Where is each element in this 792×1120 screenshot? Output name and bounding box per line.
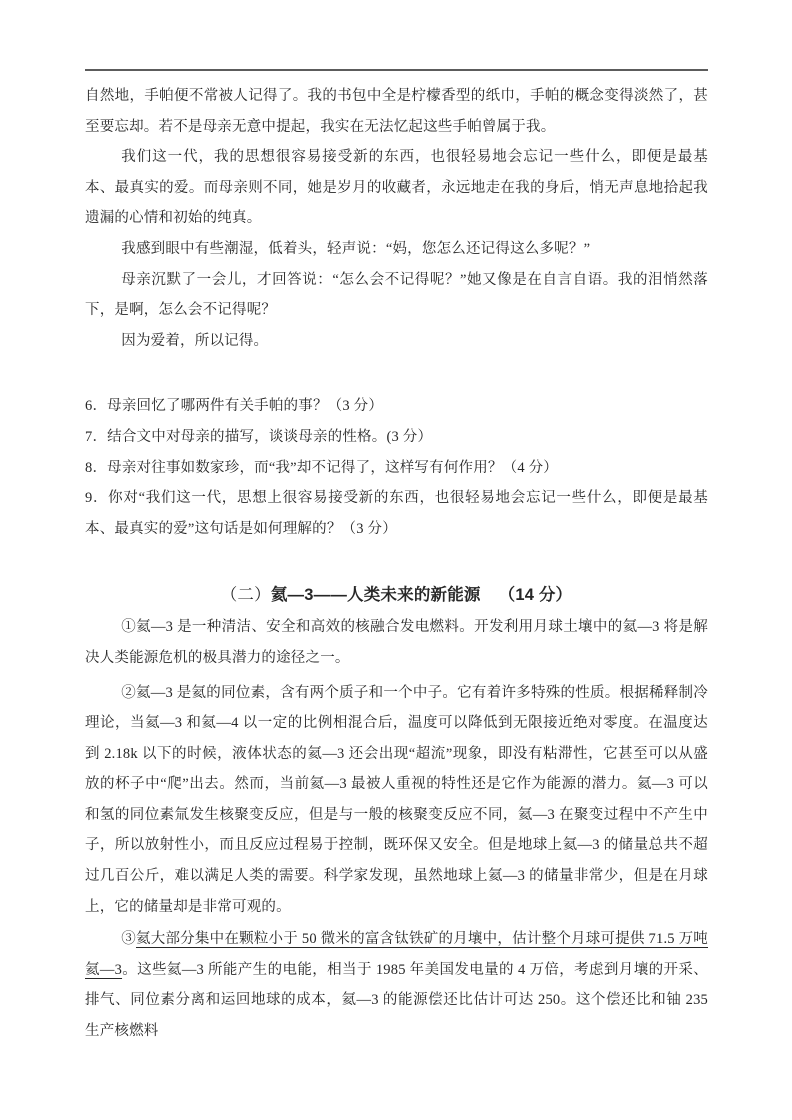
paragraph-3-rest: 。这些氦—3 所能产生的电能，相当于 1985 年美国发电量的 4 万倍，考虑到… — [85, 962, 708, 1039]
exam-page: 自然地，手帕便不常被人记得了。我的书包中全是柠檬香型的纸巾，手帕的概念变得淡然了… — [0, 0, 792, 1120]
passage-paragraph-3: 我感到眼中有些潮湿，低着头，轻声说：“妈，您怎么还记得这么多呢？” — [85, 234, 708, 265]
question-7: 7．结合文中对母亲的描写，谈谈母亲的性格。(3 分） — [85, 422, 708, 453]
section-2-paragraph-2: ②氦—3 是氦的同位素，含有两个质子和一个中子。它有着许多特殊的性质。根据稀释制… — [85, 678, 708, 923]
section-2-paragraph-3: ③氦大部分集中在颗粒小于 50 微米的富含钛铁矿的月壤中，估计整个月球可提供 7… — [85, 924, 708, 1046]
passage-paragraph-1: 自然地，手帕便不常被人记得了。我的书包中全是柠檬香型的纸巾，手帕的概念变得淡然了… — [85, 81, 708, 142]
section-2-paragraph-1: ①氦—3 是一种清洁、安全和高效的核融合发电燃料。开发利用月球土壤中的氦—3 将… — [85, 612, 708, 673]
section-2-points: （14 分） — [499, 586, 573, 604]
section-2-title: 氦—3——人类未来的新能源 — [271, 586, 481, 604]
section-2-header: （二）氦—3——人类未来的新能源（14 分） — [85, 578, 708, 612]
question-list: 6．母亲回忆了哪两件有关手帕的事？（3 分） 7．结合文中对母亲的描写，谈谈母亲… — [85, 391, 708, 544]
section-2-number: （二） — [221, 585, 271, 604]
passage-paragraph-4: 母亲沉默了一会儿，才回答说：“怎么会不记得呢？”她又像是在自言自语。我的泪悄然落… — [85, 265, 708, 326]
passage-paragraph-2: 我们这一代，我的思想很容易接受新的东西，也很轻易地会忘记一些什么，即便是最基本、… — [85, 142, 708, 234]
page-content: 自然地，手帕便不常被人记得了。我的书包中全是柠檬香型的纸巾，手帕的概念变得淡然了… — [85, 0, 708, 1047]
paragraph-3-marker: ③ — [121, 931, 136, 947]
question-6: 6．母亲回忆了哪两件有关手帕的事？（3 分） — [85, 391, 708, 422]
question-8: 8．母亲对往事如数家珍，而“我”却不记得了，这样写有何作用？（4 分） — [85, 453, 708, 484]
page-top-divider — [85, 69, 708, 71]
passage-paragraph-5: 因为爱着，所以记得。 — [85, 326, 708, 357]
question-9: 9．你对“我们这一代，思想上很容易接受新的东西，也很轻易地会忘记一些什么，即便是… — [85, 483, 708, 544]
